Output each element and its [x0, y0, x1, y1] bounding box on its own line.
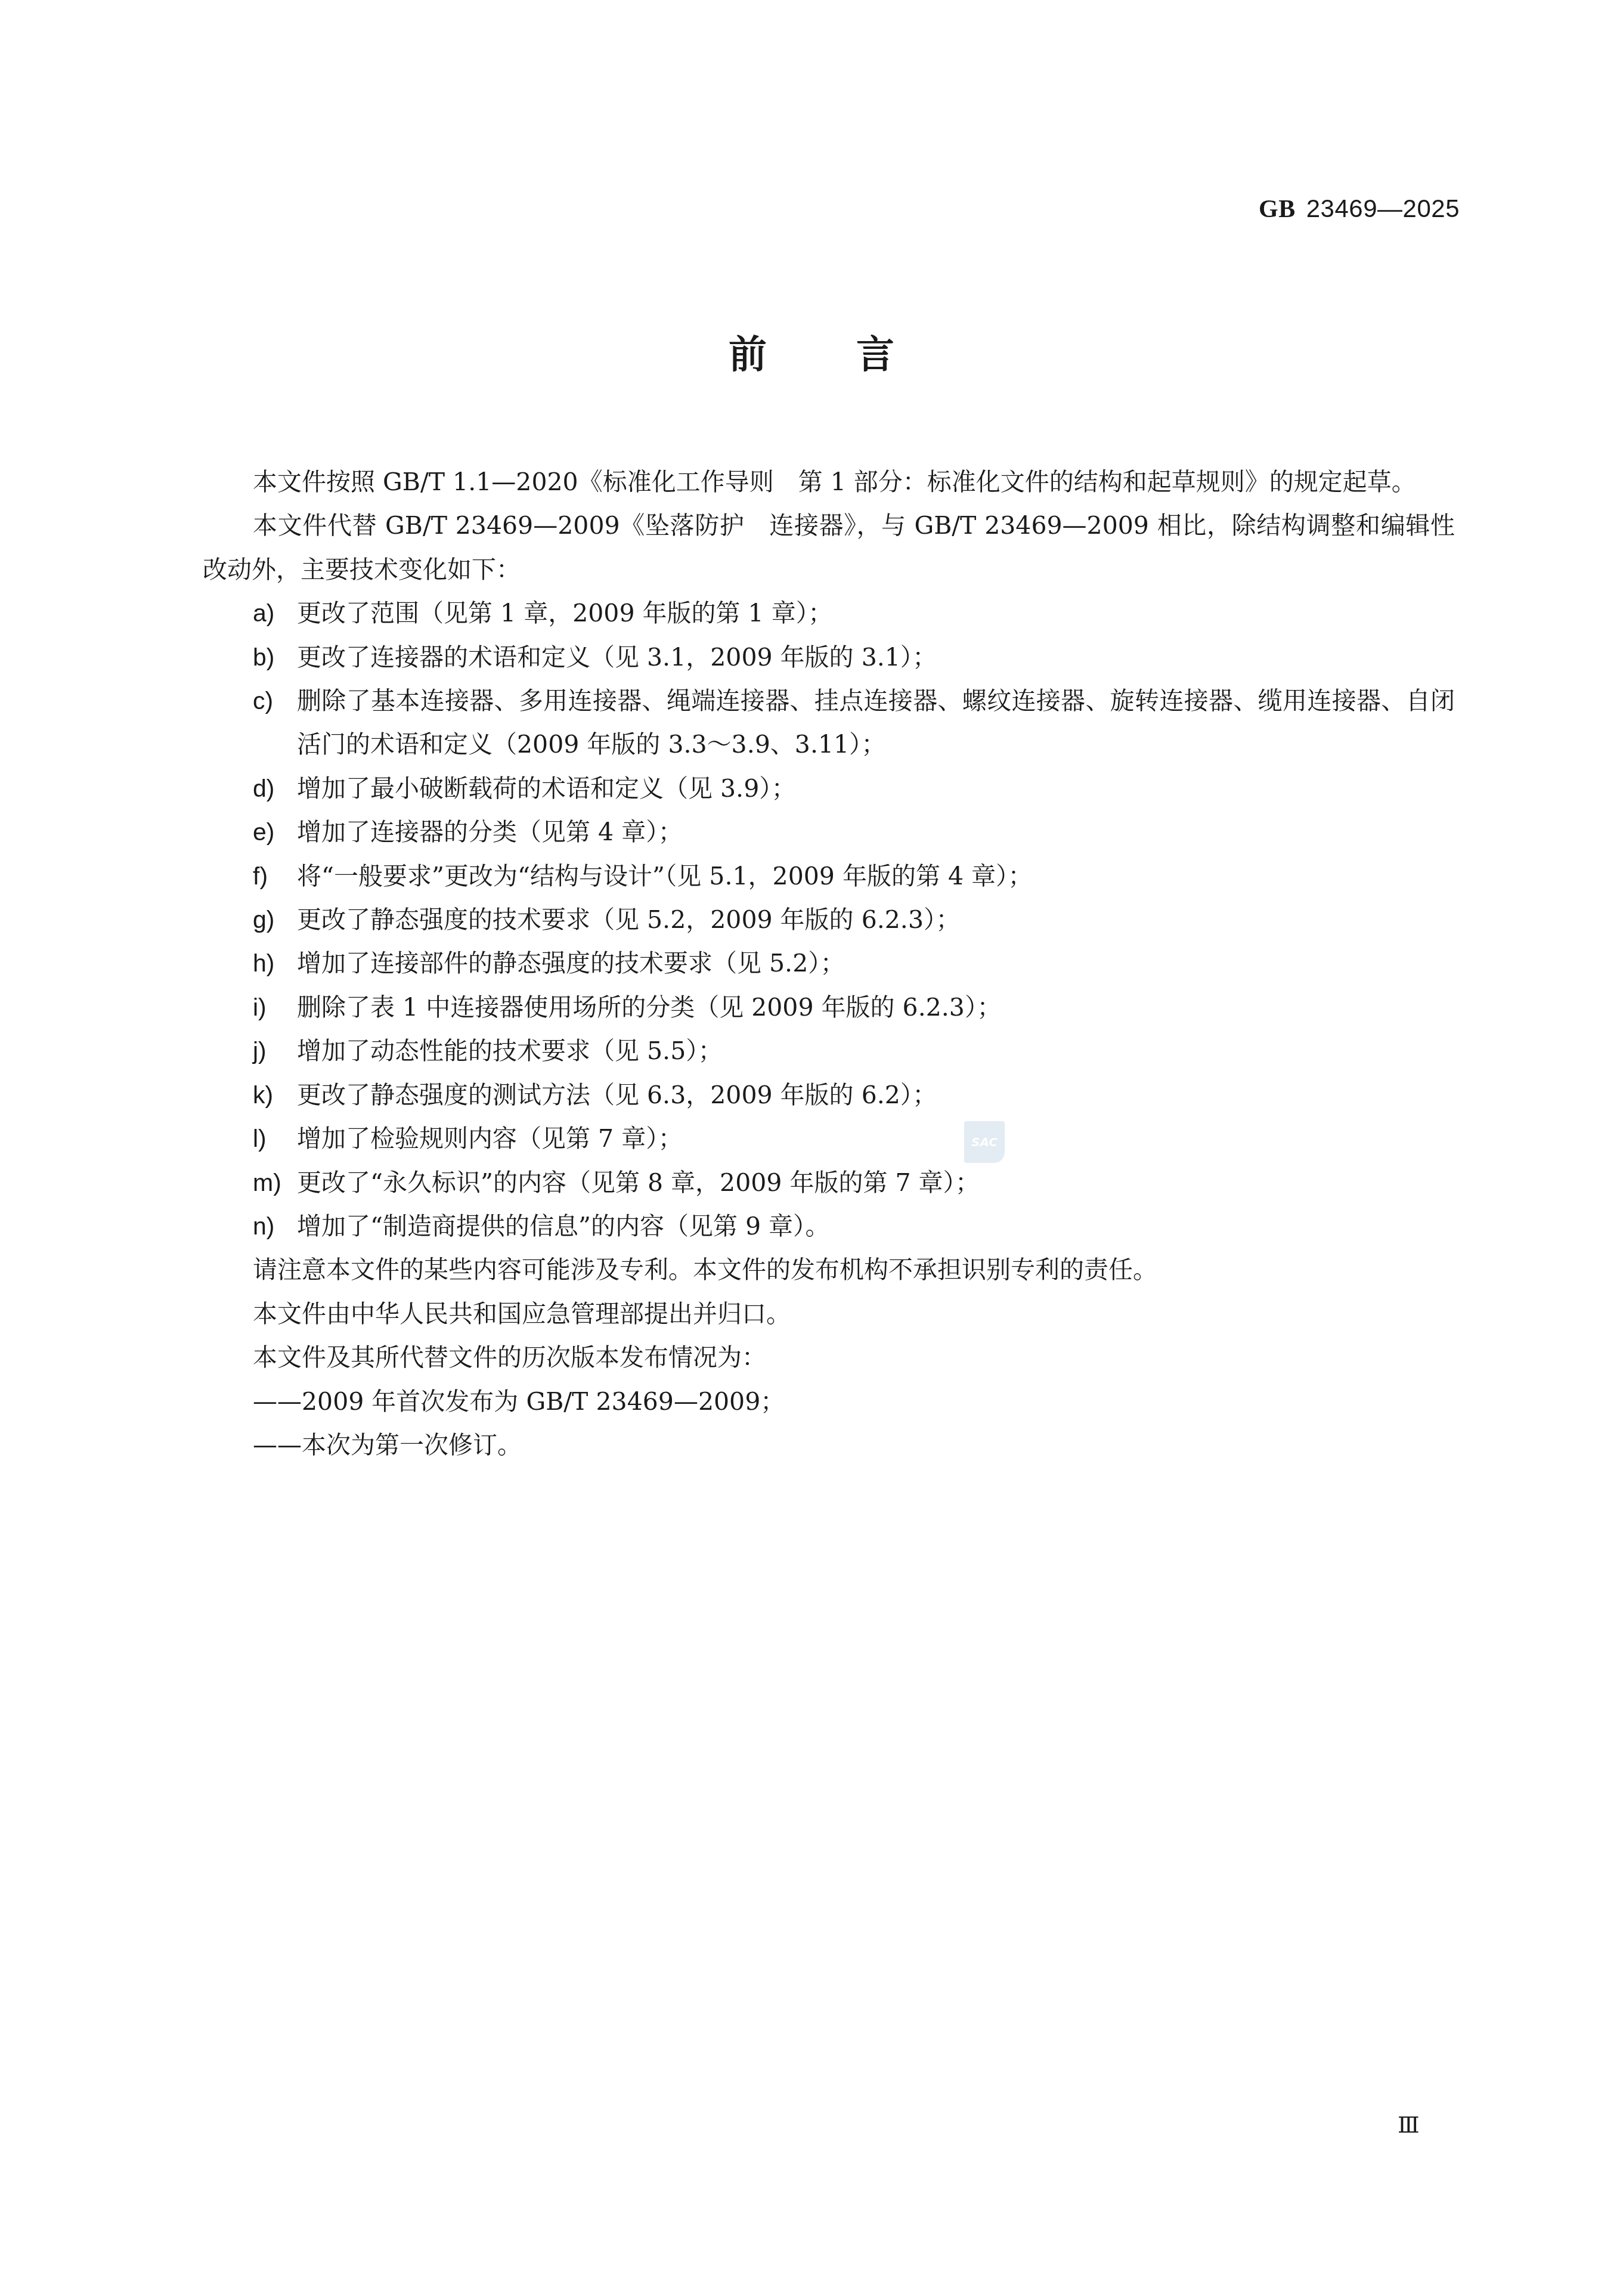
list-marker: h) — [253, 942, 274, 985]
list-item: a)更改了范围（见第 1 章，2009 年版的第 1 章）； — [203, 592, 1455, 635]
list-item-text: 更改了“永久标识”的内容（见第 8 章，2009 年版的第 7 章）； — [297, 1168, 980, 1197]
list-item: g)更改了静态强度的技术要求（见 5.2，2009 年版的 6.2.3）； — [203, 898, 1455, 942]
list-item-text: 增加了“制造商提供的信息”的内容（见第 9 章）。 — [297, 1212, 830, 1240]
page-title-char-2: 言 — [856, 331, 894, 379]
replacement-paragraph: 本文件代替 GB/T 23469—2009《坠落防护 连接器》，与 GB/T 2… — [203, 504, 1455, 592]
list-item-text: 更改了范围（见第 1 章，2009 年版的第 1 章）； — [297, 599, 832, 627]
list-marker: f) — [253, 855, 268, 898]
list-item: i)删除了表 1 中连接器使用场所的分类（见 2009 年版的 6.2.3）； — [203, 986, 1455, 1029]
history-item: ——2009 年首次发布为 GB/T 23469—2009； — [203, 1380, 1455, 1424]
sac-watermark-logo: SAC — [964, 1121, 1005, 1163]
list-item-text: 更改了静态强度的技术要求（见 5.2，2009 年版的 6.2.3）； — [297, 905, 960, 934]
list-marker: l) — [253, 1117, 267, 1161]
list-item-text: 增加了检验规则内容（见第 7 章）； — [297, 1124, 683, 1153]
list-item-text: 增加了连接部件的静态强度的技术要求（见 5.2）； — [297, 949, 845, 977]
list-marker: e) — [253, 810, 274, 854]
proposer-statement: 本文件由中华人民共和国应急管理部提出并归口。 — [203, 1292, 1455, 1336]
list-item: c)删除了基本连接器、多用连接器、绳端连接器、挂点连接器、螺纹连接器、旋转连接器… — [203, 679, 1455, 767]
list-marker: k) — [253, 1073, 273, 1117]
list-item: k)更改了静态强度的测试方法（见 6.3，2009 年版的 6.2）； — [203, 1073, 1455, 1117]
patent-notice: 请注意本文件的某些内容可能涉及专利。本文件的发布机构不承担识别专利的责任。 — [203, 1248, 1455, 1292]
list-marker: j) — [253, 1029, 267, 1073]
list-item: h)增加了连接部件的静态强度的技术要求（见 5.2）； — [203, 942, 1455, 985]
drafting-rules-paragraph: 本文件按照 GB/T 1.1—2020《标准化工作导则 第 1 部分：标准化文件… — [203, 460, 1455, 504]
list-item-text: 删除了表 1 中连接器使用场所的分类（见 2009 年版的 6.2.3）； — [297, 993, 1001, 1022]
list-item-text: 增加了连接器的分类（见第 4 章）； — [297, 818, 683, 846]
list-item: m)更改了“永久标识”的内容（见第 8 章，2009 年版的第 7 章）； — [203, 1161, 1455, 1205]
standard-number: 23469—2025 — [1306, 194, 1460, 222]
list-marker: b) — [253, 636, 274, 679]
list-item-text: 将“一般要求”更改为“结构与设计”（见 5.1，2009 年版的第 4 章）； — [297, 862, 1033, 890]
list-marker: g) — [253, 898, 274, 942]
list-marker: i) — [253, 986, 267, 1029]
list-item-text: 增加了动态性能的技术要求（见 5.5）； — [297, 1036, 723, 1065]
list-marker: c) — [253, 679, 273, 723]
page-title-char-1: 前 — [729, 331, 767, 379]
list-marker: n) — [253, 1205, 274, 1248]
list-item-text: 删除了基本连接器、多用连接器、绳端连接器、挂点连接器、螺纹连接器、旋转连接器、缆… — [297, 686, 1455, 759]
list-item: n)增加了“制造商提供的信息”的内容（见第 9 章）。 — [203, 1205, 1455, 1248]
foreword-body: 本文件按照 GB/T 1.1—2020《标准化工作导则 第 1 部分：标准化文件… — [203, 460, 1455, 1467]
standard-prefix: GB — [1259, 196, 1296, 223]
list-item-text: 更改了连接器的术语和定义（见 3.1，2009 年版的 3.1）； — [297, 643, 937, 672]
list-item-text: 更改了静态强度的测试方法（见 6.3，2009 年版的 6.2）； — [297, 1081, 937, 1109]
list-marker: d) — [253, 767, 274, 810]
list-item: j)增加了动态性能的技术要求（见 5.5）； — [203, 1029, 1455, 1073]
history-intro: 本文件及其所代替文件的历次版本发布情况为： — [203, 1336, 1455, 1379]
list-item: b)更改了连接器的术语和定义（见 3.1，2009 年版的 3.1）； — [203, 636, 1455, 679]
list-marker: m) — [253, 1161, 281, 1205]
list-marker: a) — [253, 592, 274, 635]
page-number: Ⅲ — [1398, 2111, 1420, 2140]
technical-changes-list: a)更改了范围（见第 1 章，2009 年版的第 1 章）； b)更改了连接器的… — [203, 592, 1455, 1248]
page-title: 前言 — [0, 331, 1623, 379]
standard-header: GB23469—2025 — [1259, 192, 1460, 226]
list-item: d)增加了最小破断载荷的术语和定义（见 3.9）； — [203, 767, 1455, 810]
history-item: ——本次为第一次修订。 — [203, 1424, 1455, 1467]
list-item: l)增加了检验规则内容（见第 7 章）； — [203, 1117, 1455, 1161]
list-item: e)增加了连接器的分类（见第 4 章）； — [203, 810, 1455, 854]
list-item: f)将“一般要求”更改为“结构与设计”（见 5.1，2009 年版的第 4 章）… — [203, 855, 1455, 898]
list-item-text: 增加了最小破断载荷的术语和定义（见 3.9）； — [297, 774, 796, 803]
